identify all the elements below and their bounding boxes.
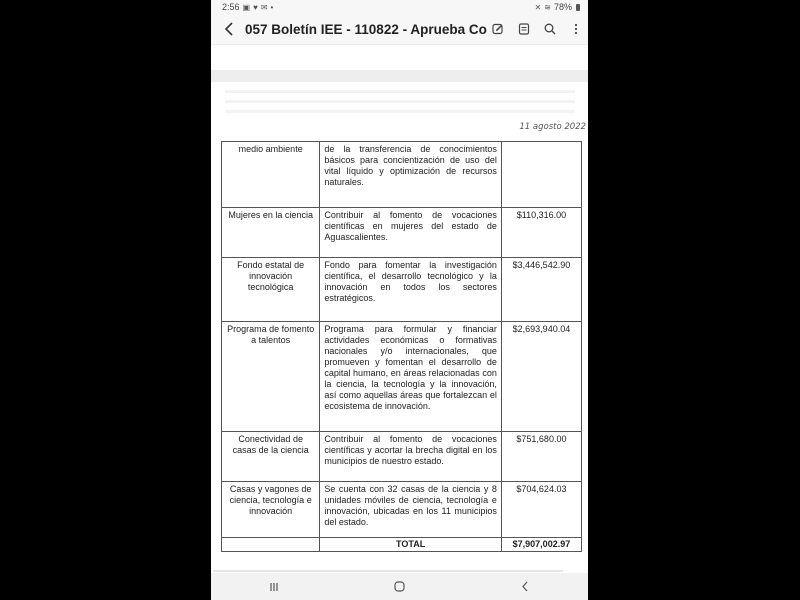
program-description-cell: Se cuenta con 32 casas de la ciencia y 8… bbox=[320, 482, 502, 538]
nav-back-button[interactable] bbox=[510, 577, 540, 597]
previous-page-bottom bbox=[211, 45, 588, 70]
battery-icon bbox=[576, 4, 580, 11]
document-page[interactable]: 11 agosto 2022 medio ambientede la trans… bbox=[211, 82, 588, 572]
table-row: Casas y vagones de ciencia, tecnología e… bbox=[222, 482, 582, 538]
back-icon bbox=[521, 581, 529, 592]
total-row: TOTAL$7,907,002.97 bbox=[222, 538, 582, 552]
status-time: 2:56 bbox=[222, 2, 240, 12]
edit-button[interactable] bbox=[491, 22, 505, 36]
battery-level: 78% bbox=[554, 2, 572, 12]
status-bar: 2:56 ▣ ♥ ✉ • ✕ ≋ 78% bbox=[211, 0, 588, 14]
page-separator bbox=[211, 70, 588, 82]
email-icon: ✉ bbox=[261, 3, 268, 12]
budget-table: medio ambientede la transferencia de con… bbox=[221, 141, 582, 552]
program-amount-cell: $704,624.03 bbox=[501, 482, 581, 538]
program-name-cell: Conectividad de casas de la ciencia bbox=[222, 432, 320, 482]
table-row: Conectividad de casas de la cienciaContr… bbox=[222, 432, 582, 482]
table-row: medio ambientede la transferencia de con… bbox=[222, 142, 582, 208]
document-date: 11 agosto 2022 bbox=[519, 122, 586, 132]
chevron-left-icon bbox=[224, 22, 234, 36]
wifi-icon: ≋ bbox=[544, 3, 551, 12]
home-icon bbox=[394, 581, 405, 592]
program-amount-cell: $3,446,542.90 bbox=[501, 258, 581, 322]
document-title: 057 Boletín IEE - 110822 - Aprueba Cons.… bbox=[245, 22, 487, 37]
search-icon bbox=[544, 23, 556, 35]
program-amount-cell: $751,680.00 bbox=[501, 432, 581, 482]
dot-icon: • bbox=[271, 3, 274, 12]
more-options-button[interactable] bbox=[569, 22, 583, 36]
program-description-cell: Fondo para fomentar la investigación cie… bbox=[320, 258, 502, 322]
program-description-cell: Programa para formular y financiar activ… bbox=[320, 322, 502, 432]
twitter-icon: ♥ bbox=[253, 3, 258, 12]
total-amount-cell: $7,907,002.97 bbox=[501, 538, 581, 552]
table-row: Programa de fomento a talentosPrograma p… bbox=[222, 322, 582, 432]
navigation-bar bbox=[211, 573, 588, 600]
recent-apps-button[interactable] bbox=[259, 577, 289, 597]
faint-header-text bbox=[225, 90, 575, 120]
text-mode-button[interactable] bbox=[517, 22, 531, 36]
phone-screen: 2:56 ▣ ♥ ✉ • ✕ ≋ 78% 057 Boletín IEE - 1… bbox=[211, 0, 588, 600]
mute-icon: ✕ bbox=[535, 3, 542, 12]
program-name-cell: Mujeres en la ciencia bbox=[222, 208, 320, 258]
program-name-cell: Programa de fomento a talentos bbox=[222, 322, 320, 432]
edit-icon bbox=[492, 23, 504, 35]
program-description-cell: Contribuir al fomento de vocaciones cien… bbox=[320, 208, 502, 258]
gallery-icon: ▣ bbox=[243, 3, 251, 12]
back-button[interactable] bbox=[221, 22, 237, 36]
app-bar: 057 Boletín IEE - 110822 - Aprueba Cons.… bbox=[211, 14, 588, 45]
program-amount-cell bbox=[501, 142, 581, 208]
total-empty-cell bbox=[222, 538, 320, 552]
program-name-cell: Casas y vagones de ciencia, tecnología e… bbox=[222, 482, 320, 538]
program-description-cell: Contribuir al fomento de vocaciones cien… bbox=[320, 432, 502, 482]
total-label-cell: TOTAL bbox=[320, 538, 502, 552]
program-name-cell: Fondo estatal de innovación tecnológica bbox=[222, 258, 320, 322]
recent-apps-icon bbox=[269, 582, 279, 592]
more-options-icon bbox=[574, 23, 578, 35]
table-row: Fondo estatal de innovación tecnológicaF… bbox=[222, 258, 582, 322]
table-row: Mujeres en la cienciaContribuir al fomen… bbox=[222, 208, 582, 258]
home-button[interactable] bbox=[384, 577, 414, 597]
search-button[interactable] bbox=[543, 22, 557, 36]
program-description-cell: de la transferencia de conocimientos bás… bbox=[320, 142, 502, 208]
program-amount-cell: $2,693,940.04 bbox=[501, 322, 581, 432]
text-mode-icon bbox=[518, 23, 530, 35]
program-amount-cell: $110,316.00 bbox=[501, 208, 581, 258]
program-name-cell: medio ambiente bbox=[222, 142, 320, 208]
